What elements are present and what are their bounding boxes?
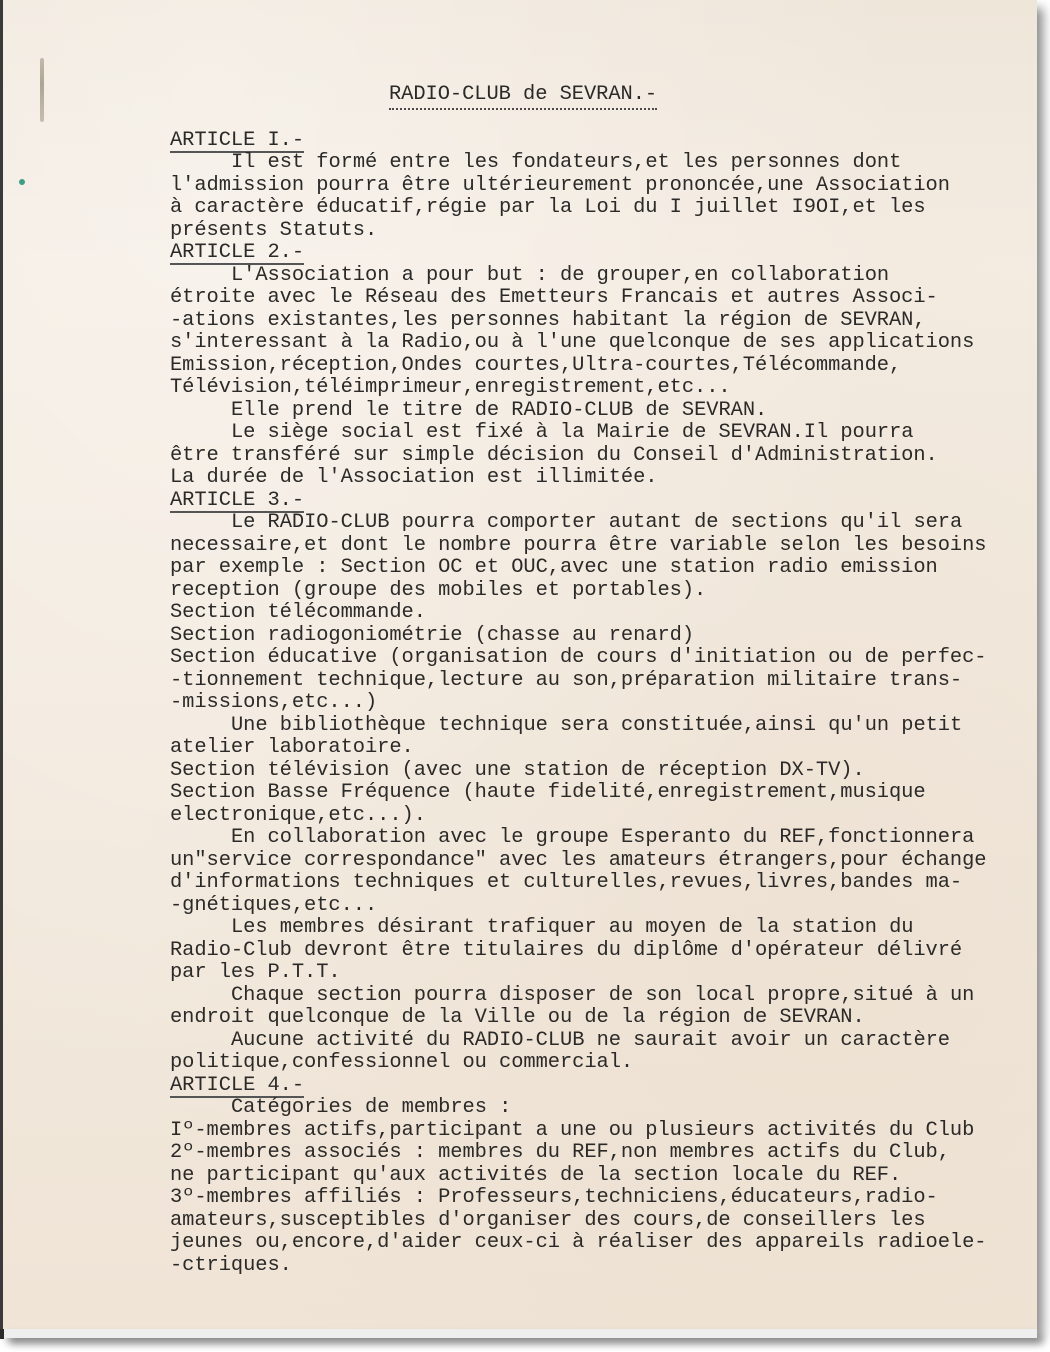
text-line: d'informations techniques et culturelles…: [170, 872, 1030, 895]
title-row: RADIO-CLUB de SEVRAN.-: [170, 84, 1030, 107]
article-heading-row: ARTICLE I.-: [170, 130, 1030, 153]
text-line: Section télécommande.: [170, 602, 1030, 625]
text-line: -gnétiques,etc...: [170, 895, 1030, 918]
text-line: Iº-membres actifs,participant a une ou p…: [170, 1120, 1030, 1143]
text-line: par exemple : Section OC et OUC,avec une…: [170, 557, 1030, 580]
text-line: Section éducative (organisation de cours…: [170, 647, 1030, 670]
page-left-edge: [0, 1329, 4, 1339]
text-line: -ctriques.: [170, 1255, 1030, 1278]
article-heading: ARTICLE I.-: [170, 131, 304, 153]
text-line: amateurs,susceptibles d'organiser des co…: [170, 1210, 1030, 1233]
page-bottom-edge: [3, 1329, 1037, 1338]
text-line: étroite avec le Réseau des Emetteurs Fra…: [170, 287, 1030, 310]
text-line: être transféré sur simple décision du Co…: [170, 445, 1030, 468]
text-line: un"service correspondance" avec les amat…: [170, 850, 1030, 873]
text-line: Radio-Club devront être titulaires du di…: [170, 940, 1030, 963]
text-line: Elle prend le titre de RADIO-CLUB de SEV…: [170, 400, 1030, 423]
text-line: s'interessant à la Radio,ou à l'une quel…: [170, 332, 1030, 355]
text-line: Section radiogoniométrie (chasse au rena…: [170, 625, 1030, 648]
text-line: par les P.T.T.: [170, 962, 1030, 985]
text-line: reception (groupe des mobiles et portabl…: [170, 580, 1030, 603]
text-line: endroit quelconque de la Ville ou de la …: [170, 1007, 1030, 1030]
article-heading-row: ARTICLE 3.-: [170, 490, 1030, 513]
text-line: Chaque section pourra disposer de son lo…: [170, 985, 1030, 1008]
article-heading-row: ARTICLE 2.-: [170, 242, 1030, 265]
text-line: L'Association a pour but : de grouper,en…: [170, 265, 1030, 288]
text-line: jeunes ou,encore,d'aider ceux-ci à réali…: [170, 1232, 1030, 1255]
article-heading: ARTICLE 4.-: [170, 1076, 304, 1098]
ink-dot-mark: [19, 179, 25, 185]
text-line: electronique,etc...).: [170, 805, 1030, 828]
text-line: Catégories de membres :: [170, 1097, 1030, 1120]
text-line: à caractère éducatif,régie par la Loi du…: [170, 197, 1030, 220]
text-line: Le siège social est fixé à la Mairie de …: [170, 422, 1030, 445]
text-line: Le RADIO-CLUB pourra comporter autant de…: [170, 512, 1030, 535]
article-heading-row: ARTICLE 4.-: [170, 1075, 1030, 1098]
text-line: -ations existantes,les personnes habitan…: [170, 310, 1030, 333]
text-line: Une bibliothèque technique sera constitu…: [170, 715, 1030, 738]
text-line: présents Statuts.: [170, 220, 1030, 243]
text-line: Aucune activité du RADIO-CLUB ne saurait…: [170, 1030, 1030, 1053]
text-line: En collaboration avec le groupe Esperant…: [170, 827, 1030, 850]
text-line: atelier laboratoire.: [170, 737, 1030, 760]
article-heading: ARTICLE 3.-: [170, 491, 304, 513]
article-heading: ARTICLE 2.-: [170, 243, 304, 265]
article-section: ARTICLE 4.-Catégories de membres :Iº-mem…: [170, 1075, 1030, 1278]
text-line: Télévision,téléimprimeur,enregistrement,…: [170, 377, 1030, 400]
text-line: Emission,réception,Ondes courtes,Ultra-c…: [170, 355, 1030, 378]
article-section: ARTICLE 3.-Le RADIO-CLUB pourra comporte…: [170, 490, 1030, 1075]
article-section: ARTICLE 2.-L'Association a pour but : de…: [170, 242, 1030, 490]
text-line: necessaire,et dont le nombre pourra être…: [170, 535, 1030, 558]
text-line: Section Basse Fréquence (haute fidelité,…: [170, 782, 1030, 805]
article-section: ARTICLE I.-Il est formé entre les fondat…: [170, 130, 1030, 243]
text-line: 3º-membres affiliés : Professeurs,techni…: [170, 1187, 1030, 1210]
document-title: RADIO-CLUB de SEVRAN.-: [389, 84, 657, 110]
staple-hole-mark: [40, 58, 44, 122]
text-line: 2º-membres associés : membres du REF,non…: [170, 1142, 1030, 1165]
text-line: La durée de l'Association est illimitée.: [170, 467, 1030, 490]
text-line: ne participant qu'aux activités de la se…: [170, 1165, 1030, 1188]
text-line: Les membres désirant trafiquer au moyen …: [170, 917, 1030, 940]
articles-container: ARTICLE I.-Il est formé entre les fondat…: [170, 130, 1030, 1278]
text-line: -missions,etc...): [170, 692, 1030, 715]
text-line: Il est formé entre les fondateurs,et les…: [170, 152, 1030, 175]
text-line: politique,confessionnel ou commercial.: [170, 1052, 1030, 1075]
typed-document: RADIO-CLUB de SEVRAN.- ARTICLE I.-Il est…: [170, 84, 1030, 1277]
text-line: Section télévision (avec une station de …: [170, 760, 1030, 783]
text-line: -tionnement technique,lecture au son,pré…: [170, 670, 1030, 693]
text-line: l'admission pourra être ultérieurement p…: [170, 175, 1030, 198]
